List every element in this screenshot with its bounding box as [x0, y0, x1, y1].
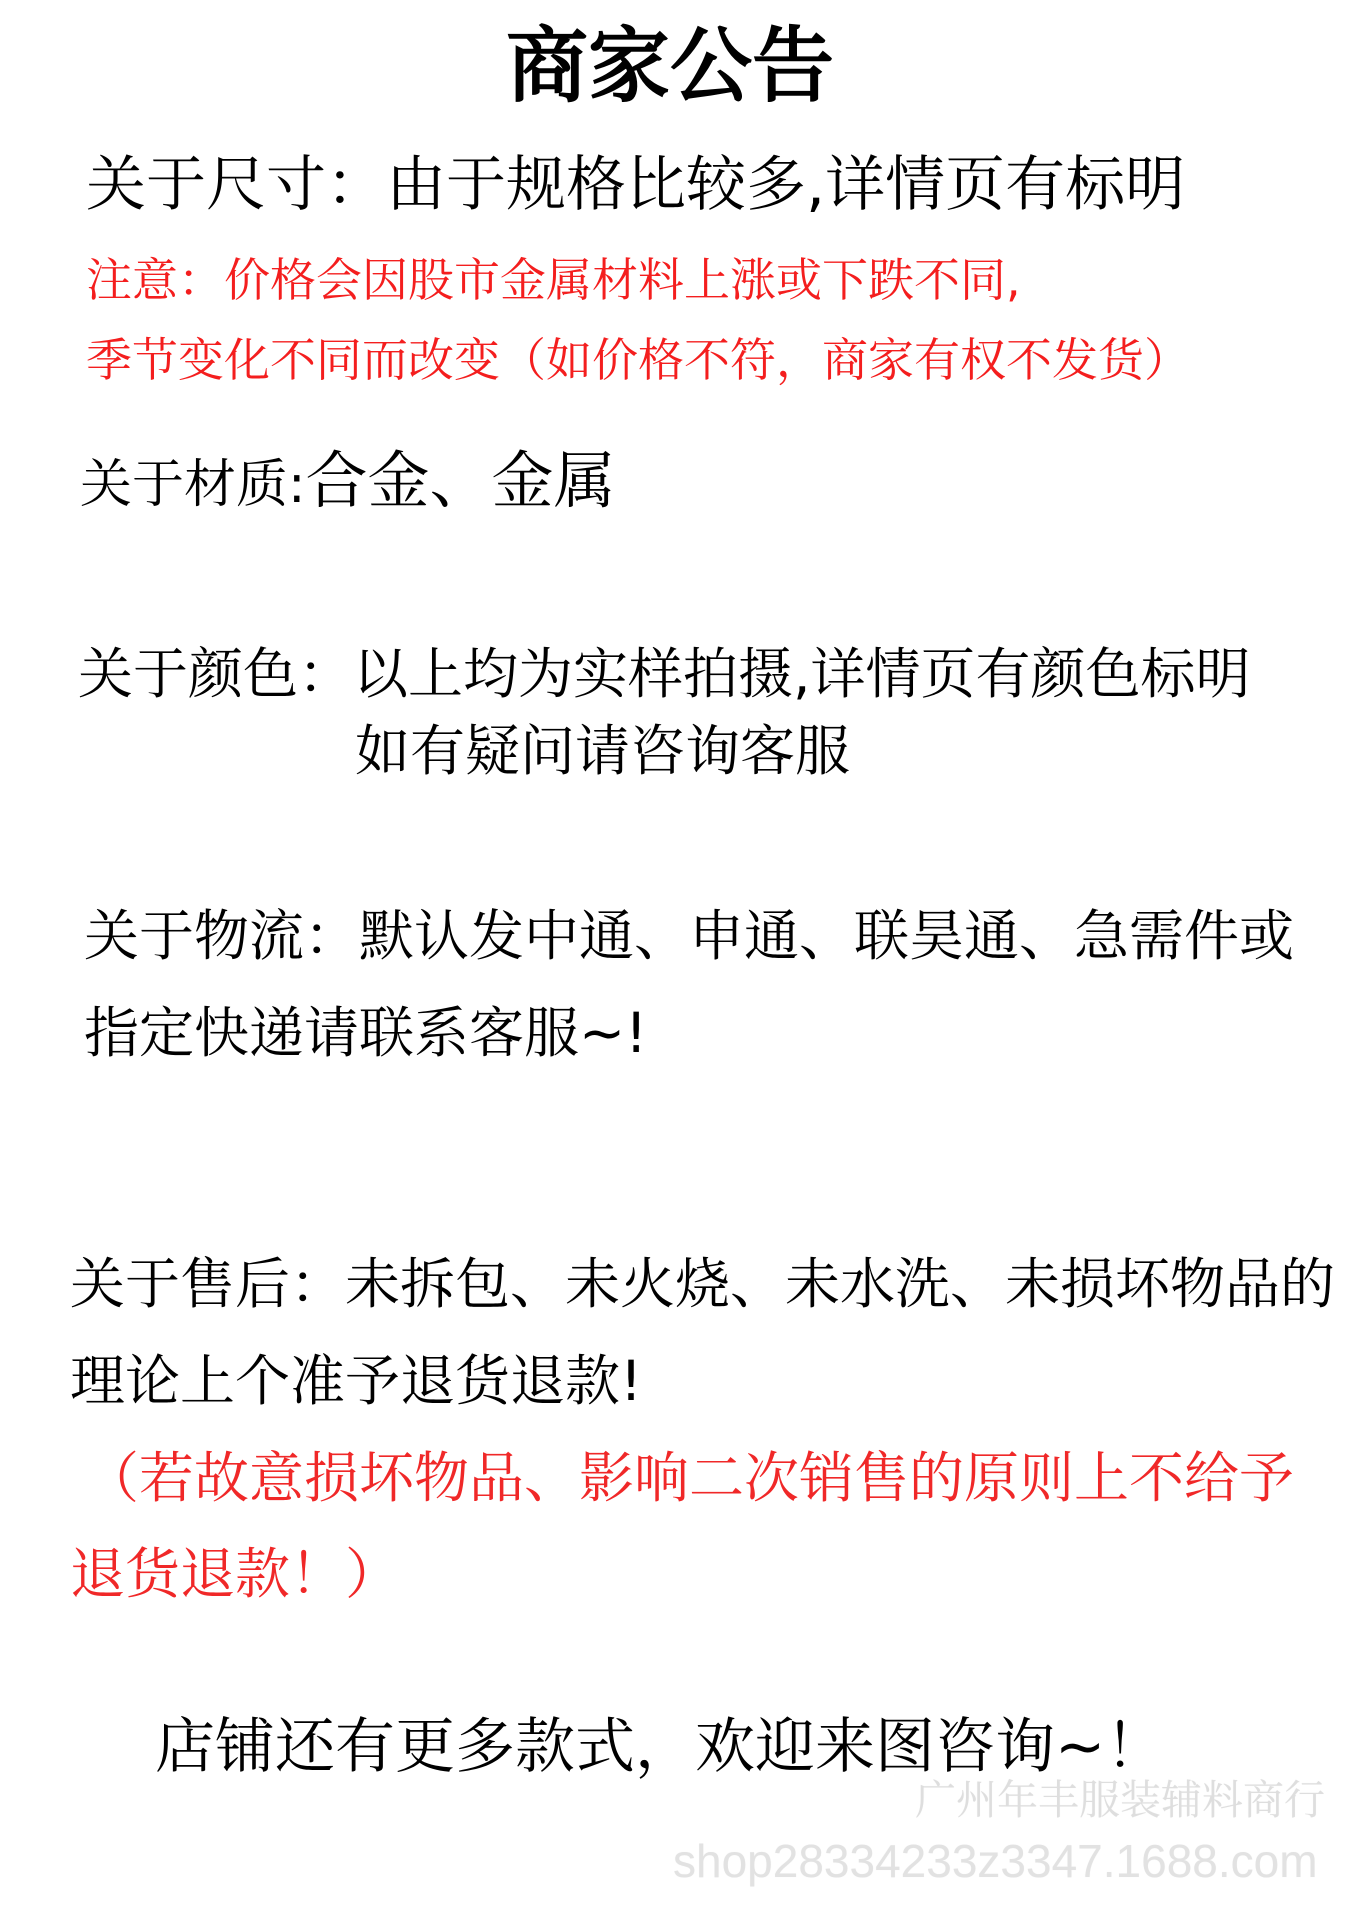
page-title: 商家公告 — [0, 26, 1340, 108]
material-value: 合金、金属 — [306, 450, 616, 512]
material-section: 关于材质: 合金、金属 — [80, 450, 616, 512]
watermark-url: shop28334233z3347.1688.com — [673, 1838, 1318, 1884]
price-notice-line-1: 注意：价格会因股市金属材料上涨或下跌不同, — [86, 257, 1021, 303]
logistics-info-line-2: 指定快递请联系客服~! — [84, 1006, 647, 1061]
after-sales-warning-line-2: 退货退款！） — [70, 1547, 400, 1602]
color-info-line-1: 关于颜色：以上均为实样拍摄,详情页有颜色标明 — [78, 647, 1250, 702]
after-sales-line-2: 理论上个准予退货退款! — [70, 1354, 642, 1409]
price-notice-line-2: 季节变化不同而改变（如价格不符，商家有权不发货） — [86, 337, 1190, 383]
after-sales-line-1: 关于售后：未拆包、未火烧、未水洗、未损坏物品的 — [70, 1257, 1335, 1312]
after-sales-warning-line-1: （若故意损坏物品、影响二次销售的原则上不给予 — [84, 1451, 1294, 1506]
logistics-info-line-1: 关于物流：默认发中通、申通、联昊通、急需件或 — [84, 909, 1294, 964]
size-info: 关于尺寸：由于规格比较多,详情页有标明 — [86, 155, 1185, 215]
material-label: 关于材质: — [80, 459, 306, 511]
watermark-shop-name: 广州年丰服装辅料商行 — [915, 1780, 1325, 1821]
color-info-line-2: 如有疑问请咨询客服 — [355, 724, 850, 779]
closing-message: 店铺还有更多款式，欢迎来图咨询~！ — [155, 1717, 1165, 1777]
